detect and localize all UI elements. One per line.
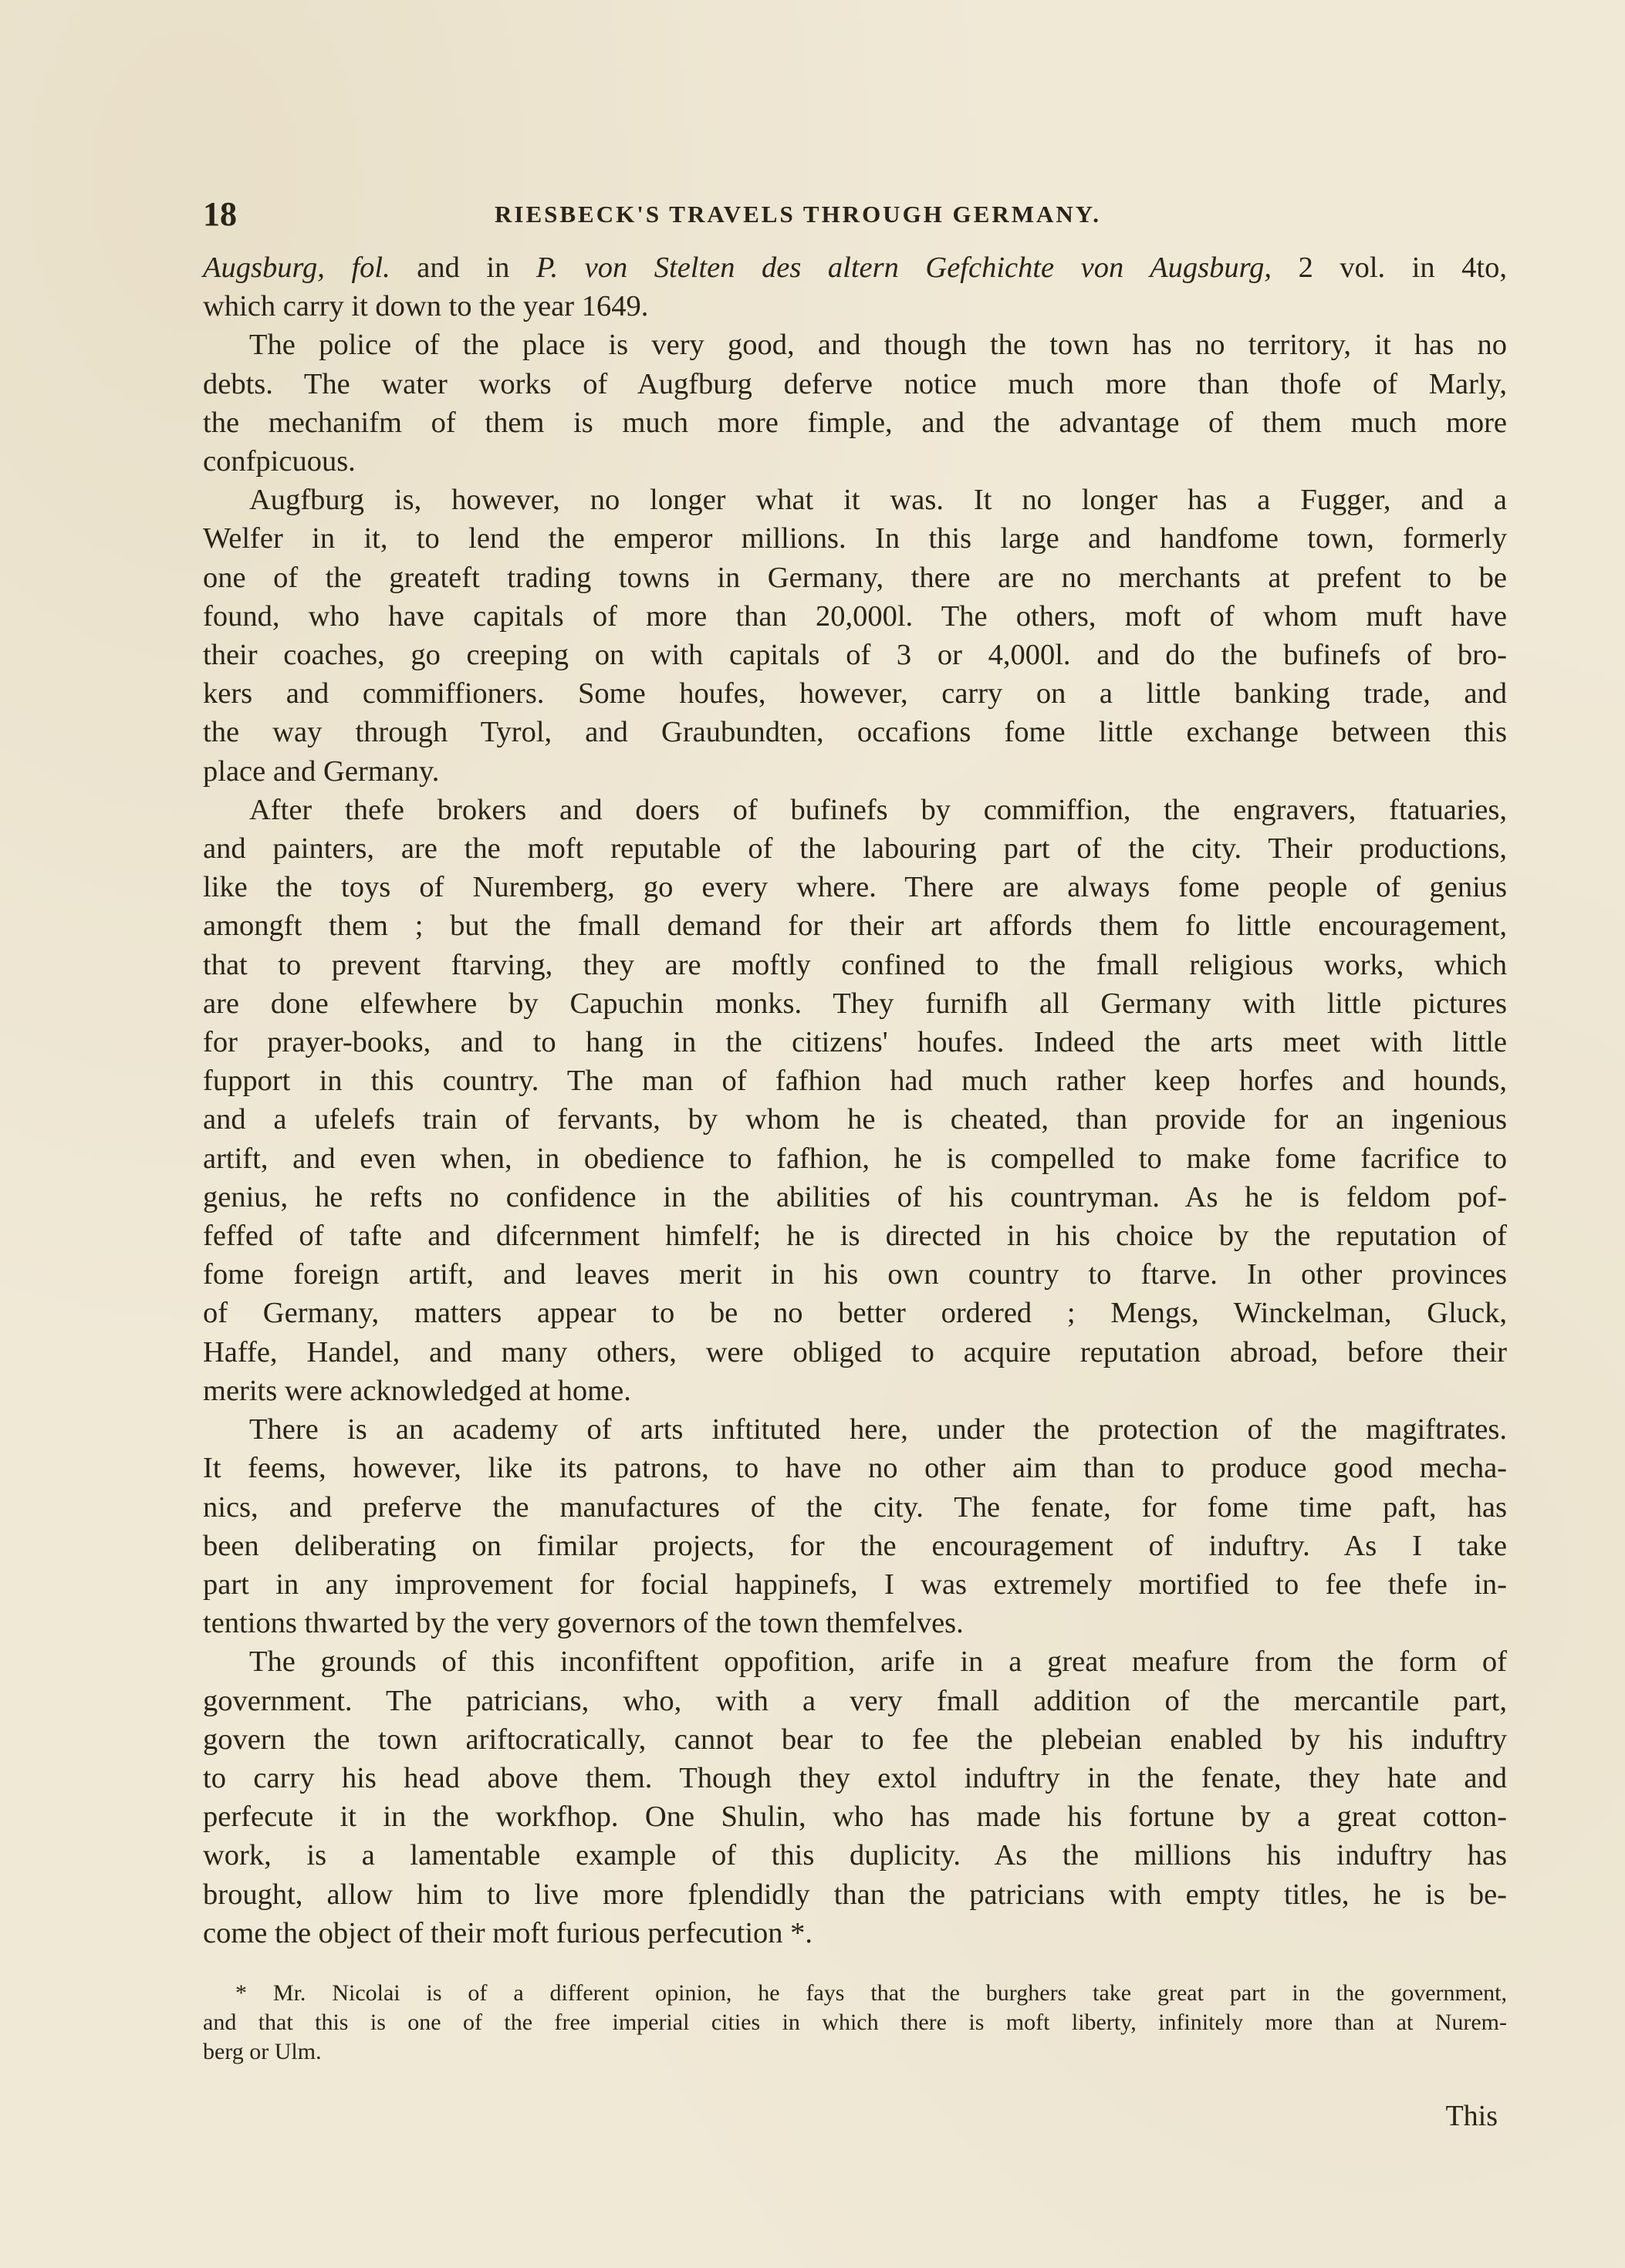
- footnote-line: * Mr. Nicolai is of a different opinion,…: [203, 1979, 1507, 2008]
- text-line: feffed of tafte and difcernment himfelf;…: [203, 1217, 1507, 1255]
- text-line: amongft them ; but the fmall demand for …: [203, 906, 1507, 945]
- text-line: for prayer-books, and to hang in the cit…: [203, 1023, 1507, 1061]
- text-line: like the toys of Nuremberg, go every whe…: [203, 868, 1507, 906]
- page-number: 18: [203, 194, 237, 234]
- text-line: which carry it down to the year 1649.: [203, 287, 1507, 326]
- text-line: kers and commiffioners. Some houfes, how…: [203, 674, 1507, 713]
- text-line: are done elfewhere by Capuchin monks. Th…: [203, 984, 1507, 1023]
- text-line: debts. The water works of Augfburg defer…: [203, 365, 1507, 403]
- text-line: the mechanifm of them is much more fimpl…: [203, 403, 1507, 442]
- text-line: part in any improvement for focial happi…: [203, 1565, 1507, 1604]
- footnote: * Mr. Nicolai is of a different opinion,…: [203, 1979, 1507, 2067]
- paragraph-start: Augfburg is, however, no longer what it …: [203, 481, 1507, 519]
- paragraph-start: The police of the place is very good, an…: [203, 326, 1507, 364]
- text-line: brought, allow him to live more fplendid…: [203, 1875, 1507, 1914]
- footnote-line: berg or Ulm.: [203, 2037, 1507, 2067]
- text-line: government. The patricians, who, with a …: [203, 1682, 1507, 1720]
- text-line: place and Germany.: [203, 752, 1507, 791]
- text-line: fome foreign artift, and leaves merit in…: [203, 1255, 1507, 1294]
- book-page: 18 RIESBECK'S TRAVELS THROUGH GERMANY. A…: [203, 193, 1507, 2133]
- text-line: their coaches, go creeping on with capit…: [203, 636, 1507, 674]
- paragraph-start: After thefe brokers and doers of bufinef…: [203, 791, 1507, 829]
- text-line: nics, and preferve the manufactures of t…: [203, 1488, 1507, 1527]
- text-line: one of the greateft trading towns in Ger…: [203, 559, 1507, 597]
- text-line: govern the town ariftocratically, cannot…: [203, 1720, 1507, 1759]
- paragraph-start: There is an academy of arts inftituted h…: [203, 1410, 1507, 1449]
- footnote-line: and that this is one of the free imperia…: [203, 2008, 1507, 2037]
- text-line: been deliberating on fimilar projects, f…: [203, 1527, 1507, 1565]
- text-line: and a ufelefs train of fervants, by whom…: [203, 1100, 1507, 1139]
- text-line: Augsburg, fol. and in P. von Stelten des…: [203, 248, 1507, 287]
- text-line: genius, he refts no confidence in the ab…: [203, 1178, 1507, 1217]
- text-line: to carry his head above them. Though the…: [203, 1759, 1507, 1797]
- text-line: Welfer in it, to lend the emperor millio…: [203, 519, 1507, 558]
- running-head: 18 RIESBECK'S TRAVELS THROUGH GERMANY.: [203, 193, 1507, 239]
- text-line: that to prevent ftarving, they are moftl…: [203, 946, 1507, 984]
- text-line: fupport in this country. The man of fafh…: [203, 1061, 1507, 1100]
- text-line: found, who have capitals of more than 20…: [203, 597, 1507, 636]
- running-head-title: RIESBECK'S TRAVELS THROUGH GERMANY.: [495, 201, 1101, 228]
- text-line: come the object of their moft furious pe…: [203, 1914, 1507, 1952]
- text-line: of Germany, matters appear to be no bett…: [203, 1294, 1507, 1332]
- text-line: the way through Tyrol, and Graubundten, …: [203, 713, 1507, 751]
- catchword: This: [203, 2099, 1507, 2133]
- text-line: confpicuous.: [203, 442, 1507, 481]
- text-line: artift, and even when, in obedience to f…: [203, 1139, 1507, 1178]
- text-line: merits were acknowledged at home.: [203, 1372, 1507, 1410]
- text-line: tentions thwarted by the very governors …: [203, 1604, 1507, 1642]
- body-text: Augsburg, fol. and in P. von Stelten des…: [203, 248, 1507, 1952]
- text-line: and painters, are the moft reputable of …: [203, 829, 1507, 868]
- text-line: work, is a lamentable example of this du…: [203, 1836, 1507, 1875]
- text-line: It feems, however, like its patrons, to …: [203, 1449, 1507, 1487]
- text-line: Haffe, Handel, and many others, were obl…: [203, 1333, 1507, 1372]
- paragraph-start: The grounds of this inconfiftent oppofit…: [203, 1642, 1507, 1681]
- text-line: perfecute it in the workfhop. One Shulin…: [203, 1797, 1507, 1836]
